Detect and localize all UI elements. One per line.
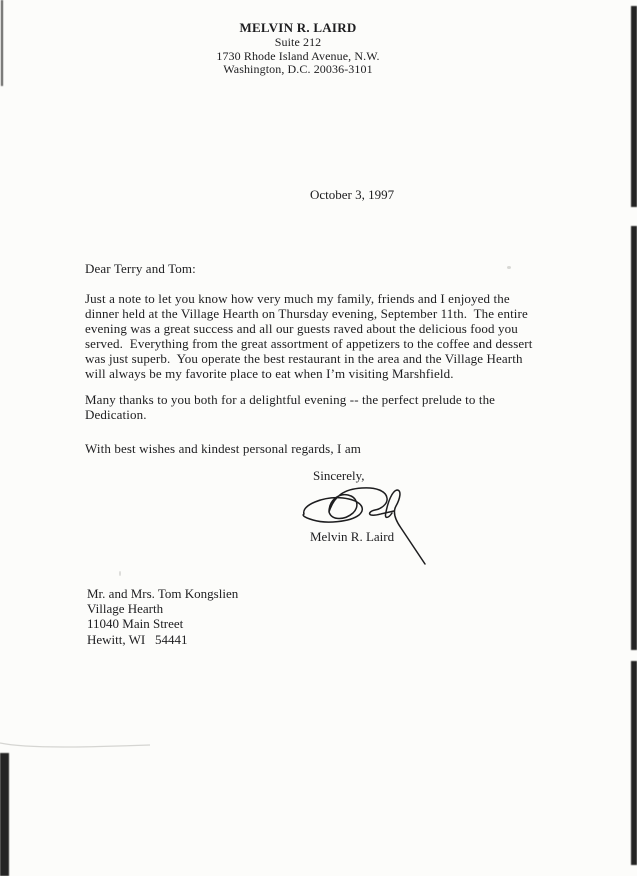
signed-name: Melvin R. Laird [310, 529, 394, 545]
scan-edge-artifact-right-top [631, 6, 637, 207]
body-paragraph-2: Many thanks to you both for a delightful… [85, 392, 495, 422]
letterhead-street: 1730 Rhode Island Avenue, N.W. [148, 50, 448, 64]
letter-line: dinner held at the Village Hearth on Thu… [85, 306, 532, 321]
address-line: 11040 Main Street [87, 616, 238, 631]
letter-page: MELVIN R. LAIRD Suite 212 1730 Rhode Isl… [0, 0, 637, 876]
scan-crease-artifact [0, 738, 152, 752]
letter-line: With best wishes and kindest personal re… [85, 441, 361, 456]
letter-line: Many thanks to you both for a delightful… [85, 392, 495, 407]
scan-speck [507, 266, 511, 269]
letterhead-name: MELVIN R. LAIRD [148, 20, 448, 36]
scan-edge-artifact-right-bottom [631, 661, 637, 865]
address-line: Village Hearth [87, 601, 238, 616]
letter-line: Just a note to let you know how very muc… [85, 291, 532, 306]
scan-speck [119, 571, 121, 576]
body-paragraph-1: Just a note to let you know how very muc… [85, 291, 532, 382]
scan-edge-artifact-left-bottom [0, 753, 9, 876]
letter-line: evening was a great success and all our … [85, 321, 532, 336]
letter-line: Dedication. [85, 407, 495, 422]
address-line: Hewitt, WI 54441 [87, 632, 238, 647]
salutation: Dear Terry and Tom: [85, 261, 196, 277]
letter-line: served. Everything from the great assort… [85, 336, 532, 351]
valediction: Sincerely, [313, 468, 365, 484]
recipient-address: Mr. and Mrs. Tom KongslienVillage Hearth… [87, 586, 238, 647]
address-line: Mr. and Mrs. Tom Kongslien [87, 586, 238, 601]
scan-edge-artifact-left-top [1, 0, 3, 86]
letter-line: was just superb. You operate the best re… [85, 351, 532, 366]
scan-edge-artifact-right-middle [631, 226, 637, 650]
letterhead: MELVIN R. LAIRD Suite 212 1730 Rhode Isl… [148, 20, 448, 77]
body-paragraph-3: With best wishes and kindest personal re… [85, 441, 361, 456]
signature-scribble-icon [288, 483, 438, 568]
letter-line: will always be my favorite place to eat … [85, 366, 532, 381]
letter-date: October 3, 1997 [310, 187, 394, 203]
letterhead-suite: Suite 212 [148, 36, 448, 50]
letterhead-city: Washington, D.C. 20036-3101 [148, 63, 448, 77]
